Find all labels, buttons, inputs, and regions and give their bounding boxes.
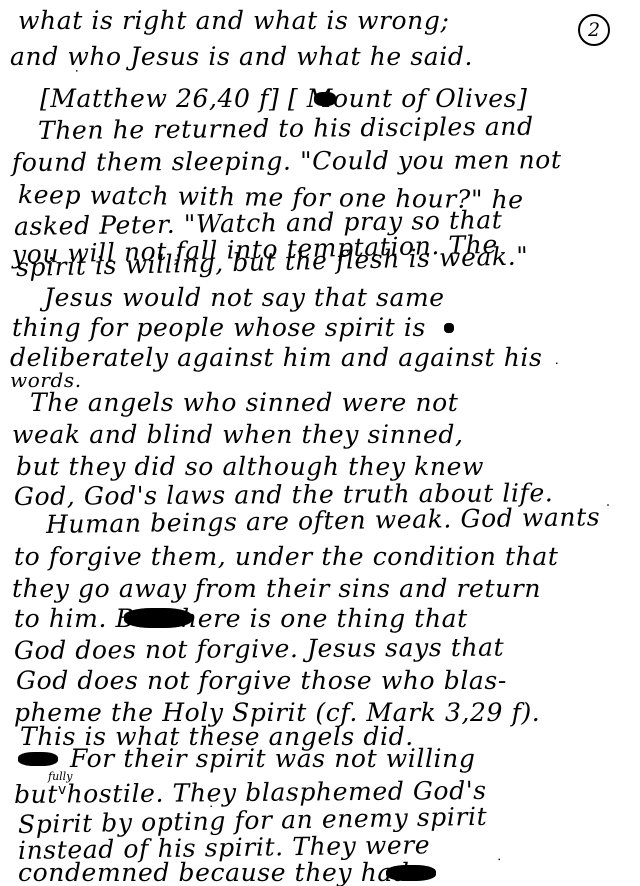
text-line: but they did so although they knew bbox=[16, 452, 484, 481]
text-line: and who Jesus is and what he said. bbox=[10, 42, 473, 71]
document-page: 2 what is right and what is wrong; and w… bbox=[0, 0, 640, 886]
page-number-circle: 2 bbox=[578, 14, 610, 46]
text-line: Jesus would not say that same bbox=[44, 283, 445, 312]
crossed-out-mark bbox=[314, 92, 336, 106]
crossed-out-mark bbox=[444, 323, 454, 333]
text-segment: to him. But there is one thing that bbox=[14, 604, 468, 633]
text-line: The angels who sinned were not bbox=[30, 388, 458, 417]
text-line: God does not forgive. Jesus says that bbox=[14, 633, 504, 665]
text-line: what is right and what is wrong; bbox=[18, 6, 449, 35]
text-line: thing for people whose spirit is bbox=[12, 313, 426, 342]
text-line: condemned because they had bbox=[18, 858, 410, 886]
text-segment: thing for people whose spirit is bbox=[12, 313, 426, 342]
text-line: found them sleeping. "Could you men not bbox=[12, 145, 562, 177]
text-line: Then he returned to his disciples and bbox=[38, 112, 534, 145]
text-line: weak and blind when they sinned, bbox=[12, 420, 464, 449]
crossed-out-mark bbox=[386, 865, 436, 881]
scripture-reference-line: [Matthew 26,40 f] [ Mount of Olives] bbox=[40, 84, 527, 113]
text-line: deliberately against him and against his bbox=[10, 343, 542, 372]
text-line: they go away from their sins and return bbox=[12, 574, 541, 603]
text-line: God does not forgive those who blas- bbox=[16, 666, 507, 695]
text-segment: [Matthew 26,40 f] [ Mount of Olives] bbox=[40, 84, 527, 113]
text-line: to him. But there is one thing that bbox=[14, 604, 468, 633]
text-line: For their spirit was not willing bbox=[70, 744, 475, 773]
crossed-out-mark bbox=[18, 752, 58, 766]
text-line: to forgive them, under the condition tha… bbox=[14, 542, 559, 571]
crossed-out-mark bbox=[124, 608, 192, 628]
